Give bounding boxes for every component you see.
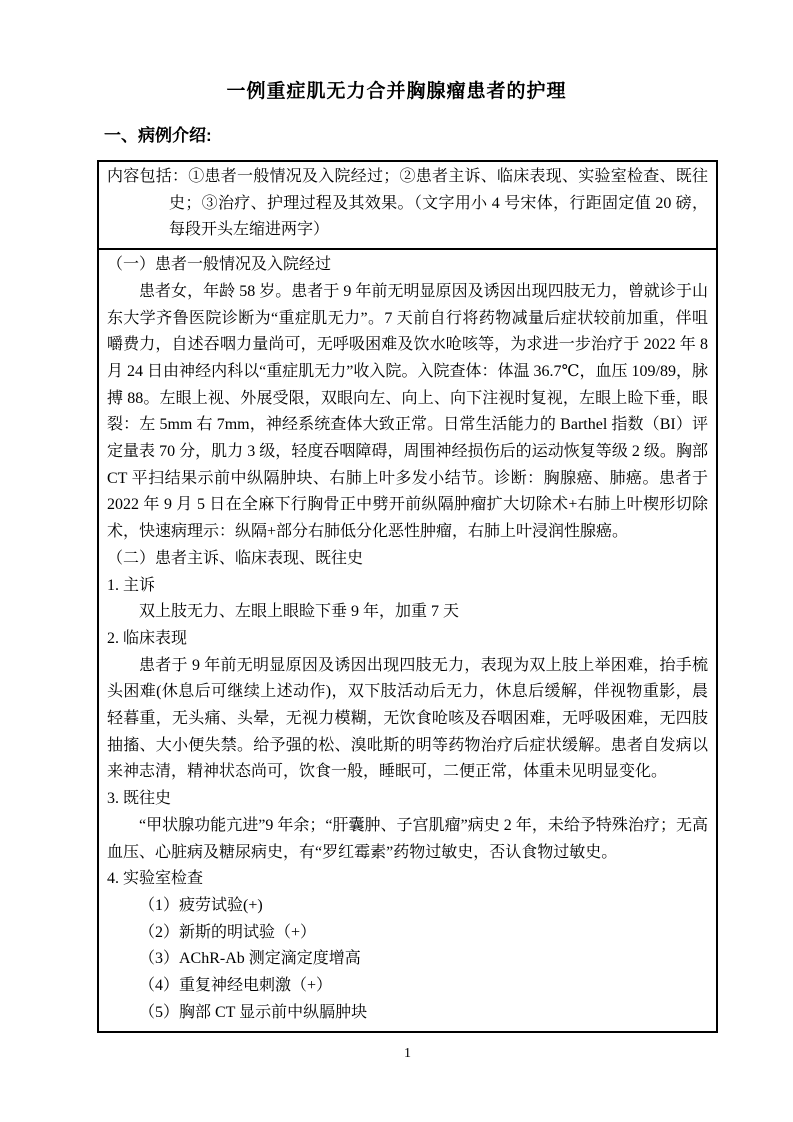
paragraph-past-history: “甲状腺功能亢进”9 年余；“肝囊肿、子宫肌瘤”病史 2 年，未给予特殊治疗；无… xyxy=(107,813,708,866)
paragraph-section-1-heading: （一）患者一般情况及入院经过 xyxy=(107,252,708,279)
paragraph-lab-test-2: （2）新斯的明试验（+） xyxy=(107,920,708,947)
paragraph-lab-test-4: （4）重复神经电刺激（+） xyxy=(107,973,708,1000)
paragraph-lab-test-3: （3）AChR-Ab 测定滴定度增高 xyxy=(107,946,708,973)
instructions-text: 内容包括：①患者一般情况及入院经过；②患者主诉、临床表现、实验室检查、既往史；③… xyxy=(107,164,708,244)
paragraph-chief-complaint-heading: 1. 主诉 xyxy=(107,573,708,600)
paragraph-clinical-manifestation: 患者于 9 年前无明显原因及诱因出现四肢无力，表现为双上肢上举困难，抬手梳头困难… xyxy=(107,653,708,787)
paragraph-clinical-manifestation-heading: 2. 临床表现 xyxy=(107,626,708,653)
paragraph-lab-test-1: （1）疲劳试验(+) xyxy=(107,893,708,920)
paragraph-lab-tests-heading: 4. 实验室检查 xyxy=(107,866,708,893)
paragraph-general-condition: 患者女，年龄 58 岁。患者于 9 年前无明显原因及诱因出现四肢无力，曾就诊于山… xyxy=(107,279,708,546)
page-title: 一例重症肌无力合并胸腺瘤患者的护理 xyxy=(0,0,793,106)
paragraph-past-history-heading: 3. 既往史 xyxy=(107,786,708,813)
instructions-cell: 内容包括：①患者一般情况及入院经过；②患者主诉、临床表现、实验室检查、既往史；③… xyxy=(99,162,716,250)
paragraph-chief-complaint: 双上肢无力、左眼上眼睑下垂 9 年，加重 7 天 xyxy=(107,599,708,626)
section-heading: 一、病例介绍: xyxy=(104,124,793,148)
page-number: 1 xyxy=(97,1045,718,1063)
paragraph-section-2-heading: （二）患者主诉、临床表现、既往史 xyxy=(107,546,708,573)
content-table: 内容包括：①患者一般情况及入院经过；②患者主诉、临床表现、实验室检查、既往史；③… xyxy=(97,160,718,1033)
case-body-cell: （一）患者一般情况及入院经过 患者女，年龄 58 岁。患者于 9 年前无明显原因… xyxy=(99,250,716,1030)
paragraph-lab-test-5: （5）胸部 CT 显示前中纵膈肿块 xyxy=(107,1000,708,1027)
